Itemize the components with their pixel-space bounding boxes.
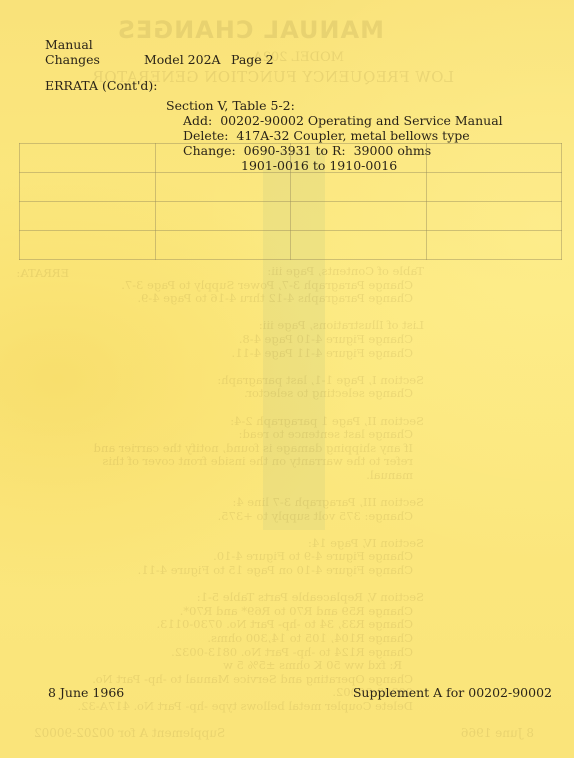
footer-supplement: Supplement A for 00202-90002 [353, 685, 552, 700]
table-row [20, 231, 562, 260]
section-heading: Section V, Table 5-2: [166, 98, 503, 113]
ruled-table [19, 143, 562, 260]
table-cell [155, 231, 291, 260]
table-row [20, 202, 562, 231]
table-cell [20, 173, 156, 202]
table-cell [291, 231, 427, 260]
errata-entry-delete: Delete: 417A-32 Coupler, metal bellows t… [166, 128, 503, 143]
table-cell [426, 231, 562, 260]
table-cell [426, 202, 562, 231]
table-cell [291, 202, 427, 231]
table-row [20, 173, 562, 202]
header-model: Model 202A [144, 52, 227, 67]
errata-entry-add: Add: 00202-90002 Operating and Service M… [166, 113, 503, 128]
errata-label: ERRATA (Cont'd): [45, 78, 158, 93]
header-page: Page 2 [231, 52, 274, 67]
page-header: Manual Changes Model 202A Page 2 [45, 37, 274, 67]
table-cell [155, 202, 291, 231]
table-cell [20, 202, 156, 231]
table-cell [155, 173, 291, 202]
table-cell [20, 231, 156, 260]
table-cell [426, 144, 562, 173]
table-row [20, 144, 562, 173]
footer-date: 8 June 1966 [48, 685, 124, 700]
header-document: Manual Changes [45, 37, 140, 67]
table-cell [291, 144, 427, 173]
table-cell [291, 173, 427, 202]
table-cell [155, 144, 291, 173]
table-cell [426, 173, 562, 202]
table-cell [20, 144, 156, 173]
